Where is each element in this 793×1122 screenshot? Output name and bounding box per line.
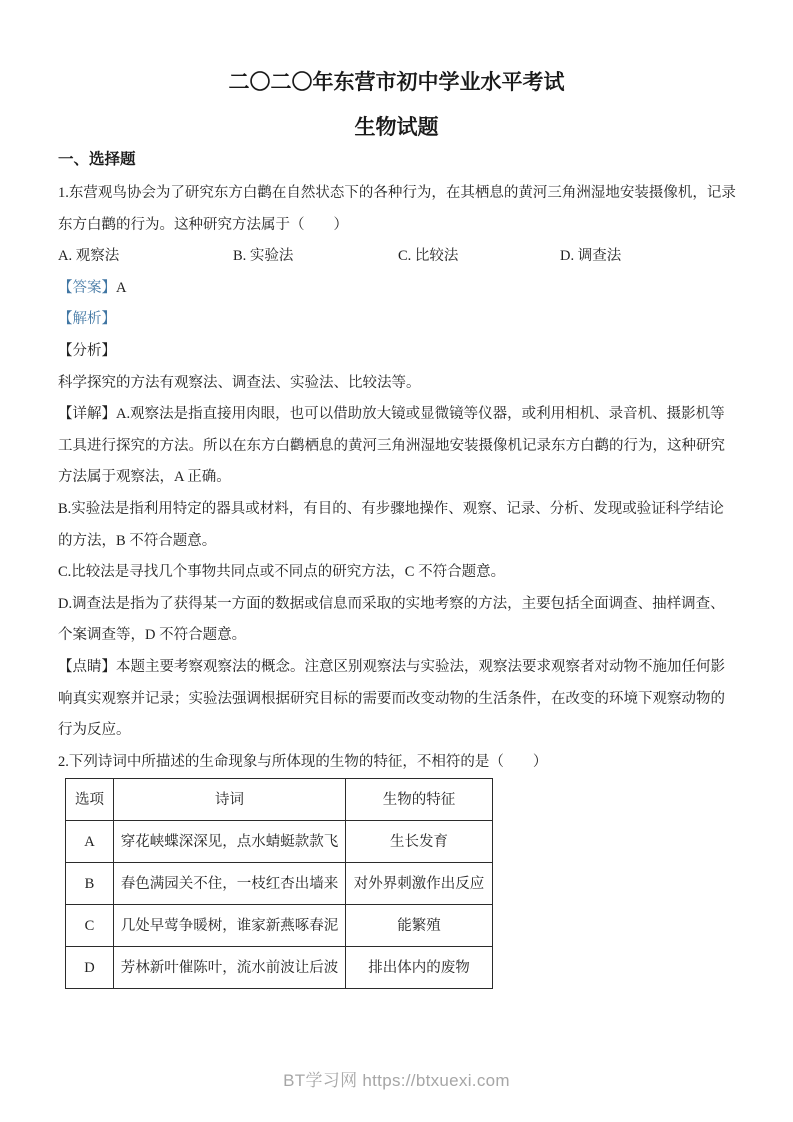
answer-value: A — [116, 280, 126, 296]
question-2-table: 选项 诗词 生物的特征 A 穿花峡蝶深深见，点水蜻蜓款款飞 生长发育 B 春色满… — [65, 778, 493, 989]
question-1-options: A. 观察法 B. 实验法 C. 比较法 D. 调查法 — [58, 241, 738, 273]
explanation-label: 【解析】 — [58, 311, 116, 327]
table-row: B 春色满园关不住，一枝红杏出墙来 对外界刺激作出反应 — [66, 863, 493, 905]
row-d-feature: 排出体内的废物 — [346, 947, 493, 989]
row-d-option: D — [66, 947, 114, 989]
q1-option-b: B. 实验法 — [233, 241, 398, 273]
exam-body: 1.东营观鸟协会为了研究东方白鹳在自然状态下的各种行为，在其栖息的黄河三角洲湿地… — [58, 178, 738, 989]
table-header-option: 选项 — [66, 779, 114, 821]
q1-option-c: C. 比较法 — [398, 241, 560, 273]
table-row: A 穿花峡蝶深深见，点水蜻蜓款款飞 生长发育 — [66, 821, 493, 863]
q1-option-a: A. 观察法 — [58, 241, 233, 273]
table-header-poem: 诗词 — [114, 779, 346, 821]
question-1-stem: 1.东营观鸟协会为了研究东方白鹳在自然状态下的各种行为，在其栖息的黄河三角洲湿地… — [58, 178, 738, 241]
question-2-stem: 2.下列诗词中所描述的生命现象与所体现的生物的特征，不相符的是（ ） — [58, 747, 738, 779]
table-row: D 芳林新叶催陈叶，流水前波让后波 排出体内的废物 — [66, 947, 493, 989]
q1-tip-text: 【点睛】本题主要考察观察法的概念。注意区别观察法与实验法，观察法要求观察者对动物… — [58, 652, 738, 747]
row-d-poem: 芳林新叶催陈叶，流水前波让后波 — [114, 947, 346, 989]
q1-detail-text: 【详解】A.观察法是指直接用肉眼，也可以借助放大镜或显微镜等仪器，或利用相机、录… — [58, 399, 738, 652]
row-c-poem: 几处早莺争暖树，谁家新燕啄春泥 — [114, 905, 346, 947]
row-c-option: C — [66, 905, 114, 947]
section-header-multiple-choice: 一、选择题 — [58, 147, 136, 169]
q1-analysis-label-line: 【分析】 — [58, 336, 738, 368]
row-a-poem: 穿花峡蝶深深见，点水蜻蜓款款飞 — [114, 821, 346, 863]
table-header-row: 选项 诗词 生物的特征 — [66, 779, 493, 821]
q1-explanation-label-line: 【解析】 — [58, 304, 738, 336]
exam-title: 二〇二〇年东营市初中学业水平考试 — [0, 66, 793, 96]
exam-subtitle: 生物试题 — [0, 111, 793, 141]
watermark-footer: BT学习网 https://btxuexi.com — [0, 1066, 793, 1091]
row-b-feature: 对外界刺激作出反应 — [346, 863, 493, 905]
q1-analysis-text: 科学探究的方法有观察法、调查法、实验法、比较法等。 — [58, 368, 738, 400]
exam-document-page: 二〇二〇年东营市初中学业水平考试 生物试题 一、选择题 1.东营观鸟协会为了研究… — [0, 0, 793, 1122]
analysis-label: 【分析】 — [58, 343, 116, 359]
table-row: C 几处早莺争暖树，谁家新燕啄春泥 能繁殖 — [66, 905, 493, 947]
answer-label: 【答案】 — [58, 280, 116, 296]
row-b-poem: 春色满园关不住，一枝红杏出墙来 — [114, 863, 346, 905]
row-c-feature: 能繁殖 — [346, 905, 493, 947]
row-a-option: A — [66, 821, 114, 863]
row-a-feature: 生长发育 — [346, 821, 493, 863]
q1-option-d: D. 调查法 — [560, 241, 621, 273]
table-header-feature: 生物的特征 — [346, 779, 493, 821]
q1-answer-line: 【答案】A — [58, 273, 738, 305]
row-b-option: B — [66, 863, 114, 905]
